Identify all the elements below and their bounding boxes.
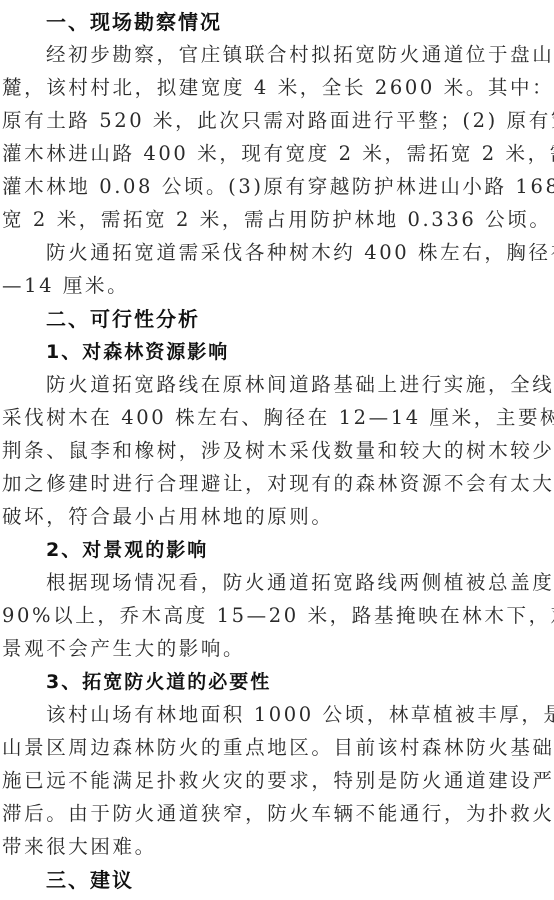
section-heading-2: 二、可行性分析 — [46, 303, 200, 335]
paragraph-line: 荆条、鼠李和橡树，涉及树木采伐数量和较大的树木较少， — [2, 435, 552, 467]
paragraph-line: 原有土路 520 米，此次只需对路面进行平整；(2) 原有穿越 — [2, 105, 552, 137]
paragraph-line: 宽 2 米，需拓宽 2 米，需占用防护林地 0.336 公顷。 — [2, 204, 551, 236]
section-heading-1: 一、现场勘察情况 — [46, 6, 222, 38]
paragraph-line: 灌木林进山路 400 米，现有宽度 2 米，需拓宽 2 米，需占用 — [2, 138, 552, 170]
subsection-heading-1: 1、对森林资源影响 — [46, 336, 229, 368]
subsection-heading-3: 3、拓宽防火道的必要性 — [46, 666, 271, 698]
subsection-heading-2: 2、对景观的影响 — [46, 534, 208, 566]
paragraph-line: 麓，该村村北，拟建宽度 4 米，全长 2600 米。其中：(1) — [2, 72, 552, 104]
paragraph-line: 山景区周边森林防火的重点地区。目前该村森林防火基础设 — [2, 732, 552, 764]
paragraph-line: 灌木林地 0.08 公顷。(3)原有穿越防护林进山小路 1680 米， — [2, 171, 552, 203]
paragraph-line: 加之修建时进行合理避让，对现有的森林资源不会有太大的 — [2, 468, 552, 500]
paragraph-line: —14 厘米。 — [2, 270, 129, 302]
paragraph-line: 滞后。由于防火通道狭窄，防火车辆不能通行，为扑救火灾 — [2, 798, 552, 830]
paragraph-line: 90%以上，乔木高度 15—20 米，路基掩映在林木下，对周围 — [2, 600, 552, 632]
paragraph-line: 根据现场情况看，防火通道拓宽路线两侧植被总盖度 — [46, 567, 552, 599]
paragraph-line: 带来很大困难。 — [2, 831, 157, 863]
paragraph-line: 景观不会产生大的影响。 — [2, 633, 245, 665]
paragraph-line: 防火道拓宽路线在原林间道路基础上进行实施，全线需 — [46, 369, 552, 401]
paragraph-line: 经初步勘察，官庄镇联合村拟拓宽防火通道位于盘山南 — [46, 39, 552, 71]
paragraph-line: 防火通拓宽道需采伐各种树木约 400 株左右，胸径在 12 — [46, 237, 552, 269]
paragraph-line: 施已远不能满足扑救火灾的要求，特别是防火通道建设严重 — [2, 765, 552, 797]
section-heading-3: 三、建议 — [46, 864, 134, 896]
paragraph-line: 采伐树木在 400 株左右、胸径在 12—14 厘米，主要树种为 — [2, 402, 552, 434]
paragraph-line: 破坏，符合最小占用林地的原则。 — [2, 501, 334, 533]
paragraph-line: 该村山场有林地面积 1000 公顷，林草植被丰厚，是盘 — [46, 699, 552, 731]
